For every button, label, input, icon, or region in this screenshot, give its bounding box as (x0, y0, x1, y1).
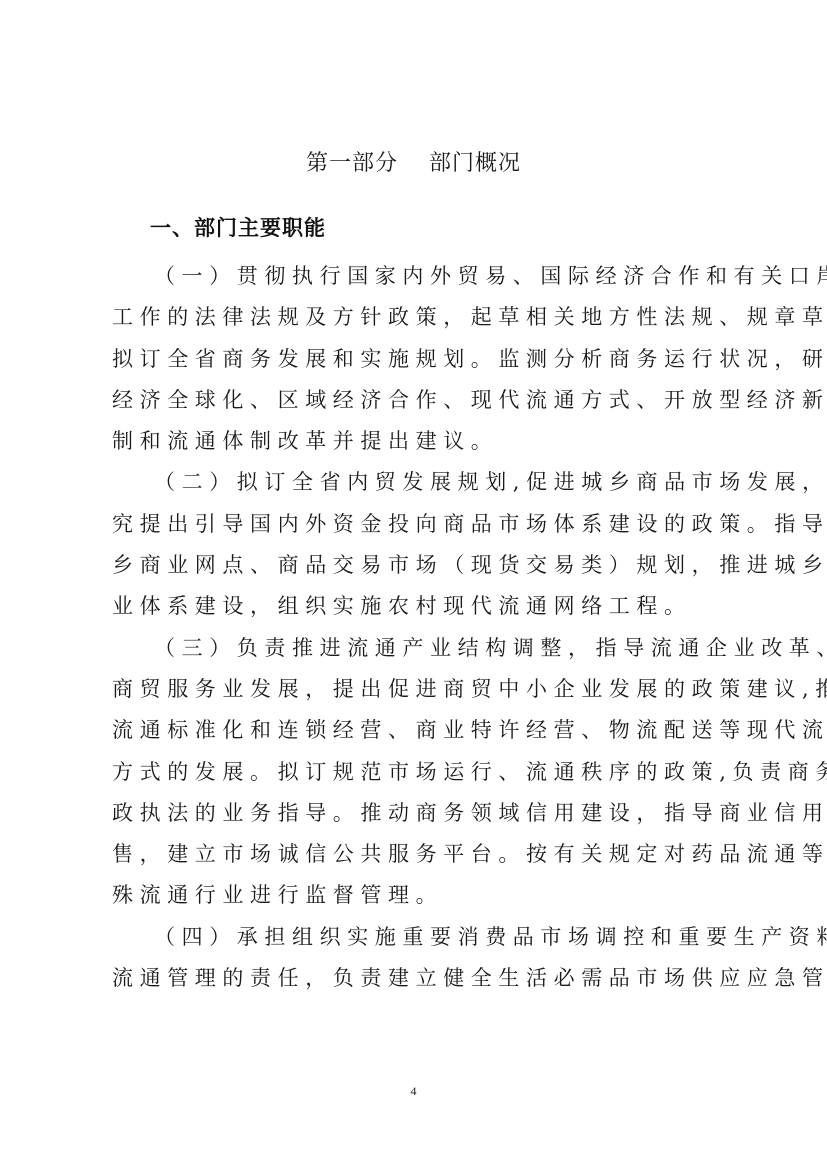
paragraph-line: 拟订全省商务发展和实施规划。监测分析商务运行状况，研究 (112, 339, 732, 380)
part-title: 第一部分 部门概况 (0, 146, 827, 177)
paragraph-line: 方式的发展。拟订规范市场运行、流通秩序的政策,负责商务行 (112, 752, 732, 793)
document-page: 第一部分 部门概况 一、部门主要职能 （一）贯彻执行国家内外贸易、国际经济合作和… (0, 0, 827, 1169)
body-text: （一）贯彻执行国家内外贸易、国际经济合作和有关口岸 工作的法律法规及方针政策，起… (112, 256, 732, 999)
paragraph-line: 究提出引导国内外资金投向商品市场体系建设的政策。指导城 (112, 504, 732, 545)
paragraph-line: 售，建立市场诚信公共服务平台。按有关规定对药品流通等特 (112, 834, 732, 875)
paragraph-line: （三）负责推进流通产业结构调整，指导流通企业改革、 (112, 628, 732, 669)
paragraph-line: 经济全球化、区域经济合作、现代流通方式、开放型经济新体 (112, 380, 732, 421)
page-number: 4 (0, 1084, 827, 1099)
paragraph-line: 殊流通行业进行监督管理。 (112, 875, 732, 916)
paragraph-line: 流通标准化和连锁经营、商业特许经营、物流配送等现代流通 (112, 710, 732, 751)
paragraph-line: （一）贯彻执行国家内外贸易、国际经济合作和有关口岸 (112, 256, 732, 297)
section-heading: 一、部门主要职能 (150, 212, 326, 242)
paragraph-line: （四）承担组织实施重要消费品市场调控和重要生产资料 (112, 917, 732, 958)
paragraph-line: 政执法的业务指导。推动商务领域信用建设，指导商业信用销 (112, 793, 732, 834)
paragraph-line: （二）拟订全省内贸发展规划,促进城乡商品市场发展，研 (112, 462, 732, 503)
paragraph-line: 乡商业网点、商品交易市场（现货交易类）规划，推进城乡商 (112, 545, 732, 586)
paragraph-line: 流通管理的责任，负责建立健全生活必需品市场供应应急管理 (112, 958, 732, 999)
paragraph-line: 商贸服务业发展，提出促进商贸中小企业发展的政策建议,推动 (112, 669, 732, 710)
paragraph-line: 工作的法律法规及方针政策，起草相关地方性法规、规章草案， (112, 297, 732, 338)
paragraph-line: 制和流通体制改革并提出建议。 (112, 421, 732, 462)
paragraph-line: 业体系建设，组织实施农村现代流通网络工程。 (112, 586, 732, 627)
